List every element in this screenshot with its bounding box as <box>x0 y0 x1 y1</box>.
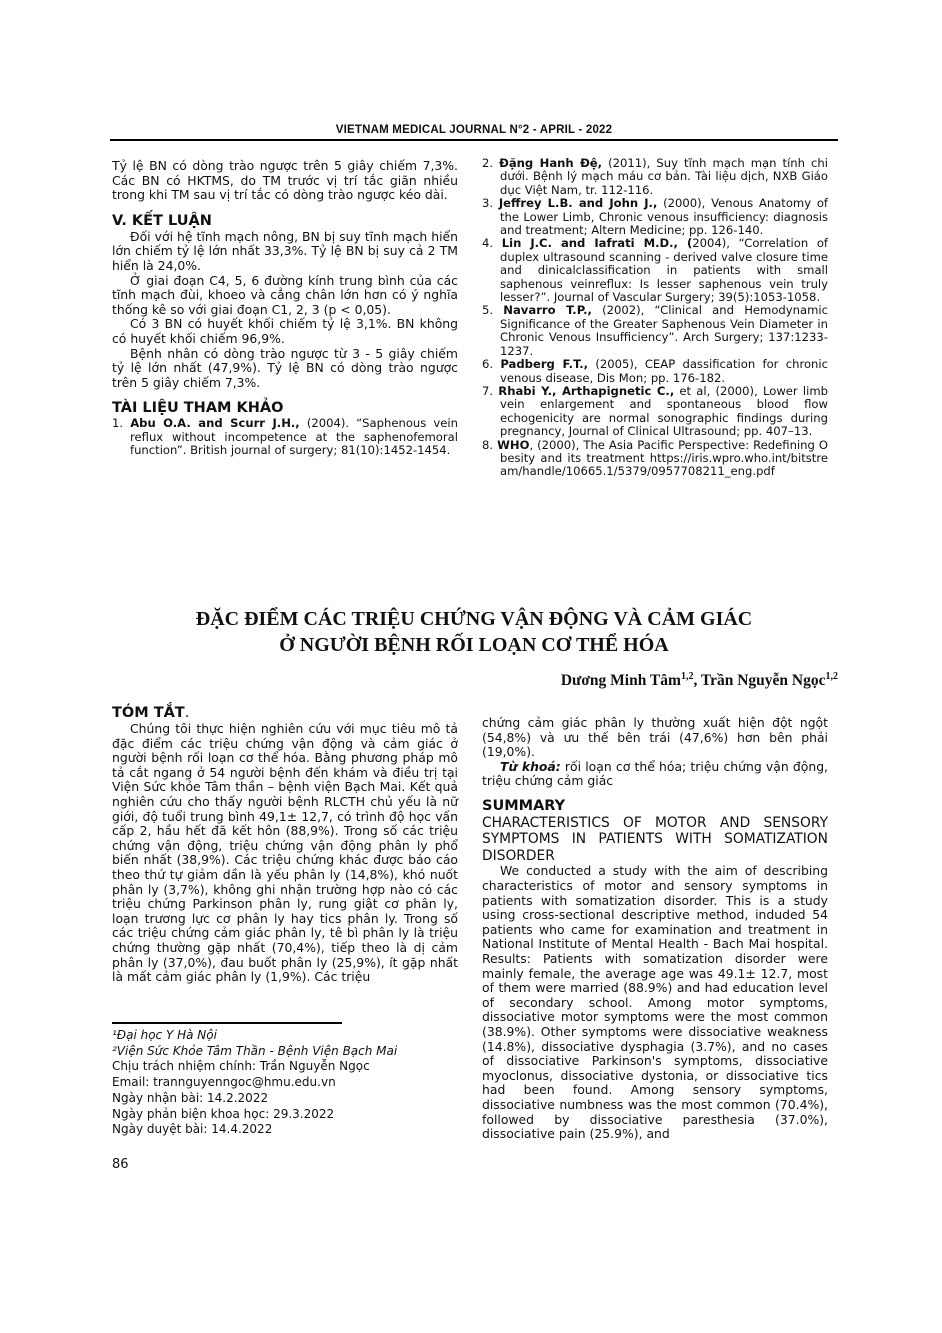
reference-item: 6. Padberg F.T., (2005), CEAP dassificat… <box>482 358 828 385</box>
top-right-column: 2. Đặng Hanh Đệ, (2011), Suy tĩnh mạch m… <box>482 157 828 479</box>
abstract-continuation: chứng cảm giác phân ly thường xuất hiện … <box>482 716 828 760</box>
abstract-right-column: chứng cảm giác phân ly thường xuất hiện … <box>482 716 828 1142</box>
summary-title: CHARACTERISTICS OF MOTOR AND SENSORY SYM… <box>482 815 828 865</box>
footnotes: ¹Đại học Y Hà Nội ²Viện Sức Khỏe Tâm Thầ… <box>112 1028 397 1138</box>
reference-item: 1. Abu O.A. and Scurr J.H., (2004). “Sap… <box>112 417 458 457</box>
summary-paragraph: We conducted a study with the aim of des… <box>482 864 828 1141</box>
author-line: Dương Minh Tâm1,2, Trần Nguyễn Ngọc1,2 <box>561 671 838 690</box>
affiliation-1: ¹Đại học Y Hà Nội <box>112 1028 397 1044</box>
affiliation-2: ²Viện Sức Khỏe Tâm Thần - Bệnh Viện Bạch… <box>112 1044 397 1060</box>
abstract-heading: TÓM TẮT <box>112 705 185 721</box>
author-name: Trần Nguyễn Ngọc <box>701 672 826 689</box>
article-title: ĐẶC ĐIỂM CÁC TRIỆU CHỨNG VẬN ĐỘNG VÀ CẢM… <box>110 606 838 658</box>
header-rule <box>110 139 838 141</box>
reference-item: 7. Rhabi Y., Arthapignetic C., et al, (2… <box>482 385 828 439</box>
email[interactable]: Email: trannguyenngoc@hmu.edu.vn <box>112 1075 397 1091</box>
references-heading: TÀI LIỆU THAM KHẢO <box>112 399 458 417</box>
summary-heading: SUMMARY <box>482 797 828 815</box>
conclusion-paragraph: Ở giai đoạn C4, 5, 6 đường kính trung bì… <box>112 274 458 318</box>
author-name: Dương Minh Tâm <box>561 672 681 689</box>
reference-item: 2. Đặng Hanh Đệ, (2011), Suy tĩnh mạch m… <box>482 157 828 197</box>
received-date: Ngày nhận bài: 14.2.2022 <box>112 1091 397 1107</box>
reference-item: 3. Jeffrey L.B. and John J., (2000), Ven… <box>482 197 828 237</box>
abstract-paragraph: Chúng tôi thực hiện nghiên cứu với mục t… <box>112 722 458 985</box>
reference-item: 5. Navarro T.P., (2002), “Clinical and H… <box>482 304 828 358</box>
conclusion-paragraph: Có 3 BN có huyết khối chiếm tỷ lệ 3,1%. … <box>112 317 458 346</box>
continuation-paragraph: Tỷ lệ BN có dòng trào ngược trên 5 giây … <box>112 159 458 203</box>
abstract-left-column: TÓM TẮT. Chúng tôi thực hiện nghiên cứu … <box>112 704 458 985</box>
responsible-author: Chịu trách nhiệm chính: Trần Nguyễn Ngọc <box>112 1059 397 1075</box>
review-date: Ngày phản biện khoa học: 29.3.2022 <box>112 1107 397 1123</box>
top-left-column: Tỷ lệ BN có dòng trào ngược trên 5 giây … <box>112 159 458 458</box>
footnote-rule <box>112 1022 342 1024</box>
conclusion-heading: V. KẾT LUẬN <box>112 212 458 230</box>
accepted-date: Ngày duyệt bài: 14.4.2022 <box>112 1122 397 1138</box>
keywords-label: Từ khoá: <box>500 759 561 774</box>
reference-item: 8. WHO, (2000), The Asia Pacific Perspec… <box>482 439 828 479</box>
reference-item: 4. Lin J.C. and Iafrati M.D., (2004), “C… <box>482 237 828 304</box>
conclusion-paragraph: Đối với hệ tĩnh mạch nông, BN bị suy tĩn… <box>112 230 458 274</box>
page-number: 86 <box>112 1157 129 1172</box>
conclusion-paragraph: Bệnh nhân có dòng trào ngược từ 3 - 5 gi… <box>112 347 458 391</box>
journal-header: VIETNAM MEDICAL JOURNAL N°2 - APRIL - 20… <box>110 124 838 136</box>
